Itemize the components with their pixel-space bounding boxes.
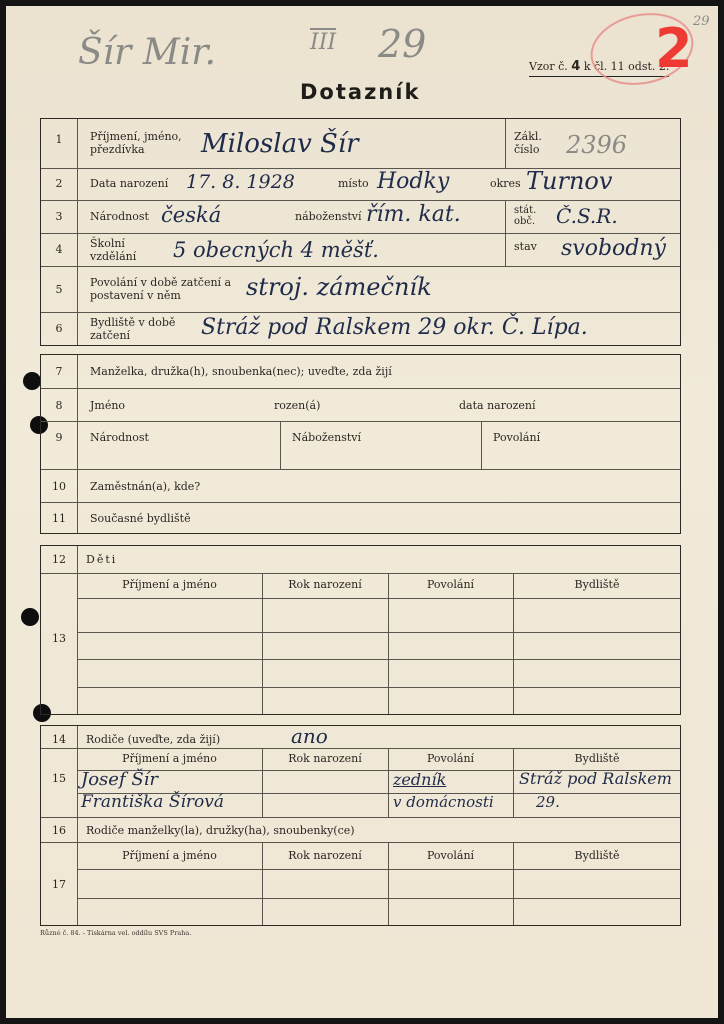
value-nationality[interactable]: česká: [161, 203, 221, 227]
row-7: 7 Manželka, družka(h), snoubenka(nec); u…: [41, 355, 680, 388]
row-number: 8: [41, 399, 77, 412]
value-district[interactable]: Turnov: [526, 167, 612, 195]
column-header-residence: Bydliště: [513, 578, 681, 591]
table-row: [77, 659, 680, 660]
value-birth-date[interactable]: 17. 8. 1928: [186, 171, 295, 193]
column-header-residence: Bydliště: [513, 849, 681, 862]
row-number: 17: [41, 878, 77, 891]
corner-note: 29: [693, 14, 710, 29]
label-spouse-name: Jméno: [90, 399, 125, 412]
row-11: 11 Současné bydliště: [41, 502, 680, 533]
column-header-birth-year: Rok narození: [262, 849, 388, 862]
column-header-name: Příjmení a jméno: [77, 578, 262, 591]
row-6: 6 Bydliště v době zatčení Stráž pod Rals…: [41, 312, 680, 345]
label-base-number: Zákl. číslo: [514, 130, 554, 156]
form-reference-number: 4: [571, 59, 580, 74]
value-parents-alive[interactable]: ano: [291, 724, 328, 748]
value-base-number[interactable]: 2396: [566, 131, 627, 159]
section-parents: 14 Rodiče (uveďte, zda žijí) ano 15 Příj…: [40, 725, 681, 926]
row-number: 1: [41, 133, 77, 146]
label-name: Příjmení, jméno, přezdívka: [90, 130, 200, 156]
column-header-occupation: Povolání: [388, 752, 513, 765]
parent-occupation[interactable]: v domácnosti: [393, 793, 494, 811]
label-spouse-birth-date: data narození: [459, 399, 536, 412]
label-spouse: Manželka, družka(h), snoubenka(nec); uve…: [90, 365, 392, 378]
column-header-name: Příjmení a jméno: [77, 849, 262, 862]
parent-occupation[interactable]: zedník: [393, 770, 446, 789]
row-number: 4: [41, 243, 77, 256]
stamp-number: 2: [655, 22, 693, 76]
table-row: [77, 632, 680, 633]
label-spouse-current-residence: Současné bydliště: [90, 512, 191, 525]
pencil-name: Šír Mir.: [78, 32, 216, 73]
row-number: 3: [41, 210, 77, 223]
value-religion[interactable]: řím. kat.: [366, 202, 461, 227]
parent-residence[interactable]: 29.: [536, 793, 560, 811]
label-children: Děti: [86, 553, 117, 566]
value-marital-status[interactable]: svobodný: [561, 236, 666, 261]
row-5: 5 Povolání v době zatčení a postavení v …: [41, 266, 680, 312]
value-education[interactable]: 5 obecných 4 měšť.: [173, 238, 379, 262]
label-nationality: Národnost: [90, 210, 149, 223]
label-marital-status: stav: [514, 240, 537, 253]
label-spouse-religion: Náboženství: [292, 431, 361, 444]
form-reference-prefix: Vzor č.: [529, 60, 568, 73]
printer-footer: Různé č. 84. - Tiskárna vel. oddílu SVS …: [40, 929, 191, 937]
label-parents: Rodiče (uveďte, zda žijí): [86, 733, 220, 746]
row-number: 11: [41, 512, 77, 525]
value-residence[interactable]: Stráž pod Ralskem 29 okr. Č. Lípa.: [201, 315, 588, 340]
row-number: 7: [41, 365, 77, 378]
label-spouse-employer: Zaměstnán(a), kde?: [90, 480, 200, 493]
label-birth-date: Data narození: [90, 177, 168, 190]
label-place: místo: [338, 177, 369, 190]
punch-hole: [21, 608, 39, 626]
row-number: 9: [41, 431, 77, 444]
column-header-residence: Bydliště: [513, 752, 681, 765]
parent-name[interactable]: Josef Šír: [81, 769, 158, 790]
pencil-number: 29: [378, 22, 426, 66]
label-education: Školní vzdělání: [90, 237, 160, 263]
parent-name[interactable]: Františka Šírová: [81, 792, 224, 812]
row-number: 16: [41, 824, 77, 837]
label-spouse-occupation: Povolání: [493, 431, 540, 444]
table-row: [77, 687, 680, 688]
label-spouse-parents: Rodiče manželky(la), družky(ha), snouben…: [86, 824, 355, 837]
row-number: 5: [41, 283, 77, 296]
page-title: Dotazník: [300, 80, 420, 104]
value-name[interactable]: Miloslav Šír: [201, 129, 359, 159]
label-occupation: Povolání v době zatčení a postavení v ně…: [90, 276, 250, 302]
parent-residence[interactable]: Stráž pod Ralskem: [519, 769, 672, 788]
row-1: 1 Příjmení, jméno, přezdívka Miloslav Ší…: [41, 119, 680, 168]
label-residence: Bydliště v době zatčení: [90, 316, 180, 342]
label-religion: náboženství: [295, 210, 362, 223]
row-10: 10 Zaměstnán(a), kde?: [41, 469, 680, 502]
table-row: [77, 869, 680, 870]
section-personal-info: 1 Příjmení, jméno, přezdívka Miloslav Ší…: [40, 118, 681, 346]
label-spouse-born: rozen(á): [274, 399, 320, 412]
value-citizenship[interactable]: Č.S.R.: [556, 204, 618, 228]
row-number: 15: [41, 772, 77, 785]
column-header-occupation: Povolání: [388, 849, 513, 862]
label-district: okres: [490, 177, 521, 190]
value-occupation[interactable]: stroj. zámečník: [246, 273, 432, 301]
row-number: 2: [41, 177, 77, 190]
pencil-roman: III: [310, 30, 336, 55]
section-children: 12 Děti 13 Příjmení a jméno Rok narození…: [40, 545, 681, 715]
row-number: 6: [41, 322, 77, 335]
column-header-birth-year: Rok narození: [262, 752, 388, 765]
row-number: 14: [41, 733, 77, 746]
row-8: 8 Jméno rozen(á) data narození: [41, 388, 680, 421]
row-number: 12: [41, 553, 77, 566]
value-place[interactable]: Hodky: [377, 169, 449, 194]
table-row: [77, 598, 680, 599]
row-number: 10: [41, 480, 77, 493]
row-4: 4 Školní vzdělání 5 obecných 4 měšť. sta…: [41, 233, 680, 266]
label-spouse-nationality: Národnost: [90, 431, 149, 444]
section-spouse: 7 Manželka, družka(h), snoubenka(nec); u…: [40, 354, 681, 534]
punch-hole: [23, 372, 41, 390]
row-9: 9 Národnost Náboženství Povolání: [41, 421, 680, 469]
column-header-occupation: Povolání: [388, 578, 513, 591]
column-header-name: Příjmení a jméno: [77, 752, 262, 765]
row-number: 13: [41, 632, 77, 645]
row-2: 2 Data narození 17. 8. 1928 místo Hodky …: [41, 168, 680, 200]
label-citizenship: stát. obč.: [514, 205, 544, 227]
column-header-birth-year: Rok narození: [262, 578, 388, 591]
row-3: 3 Národnost česká náboženství řím. kat. …: [41, 200, 680, 233]
table-row: [77, 898, 680, 899]
